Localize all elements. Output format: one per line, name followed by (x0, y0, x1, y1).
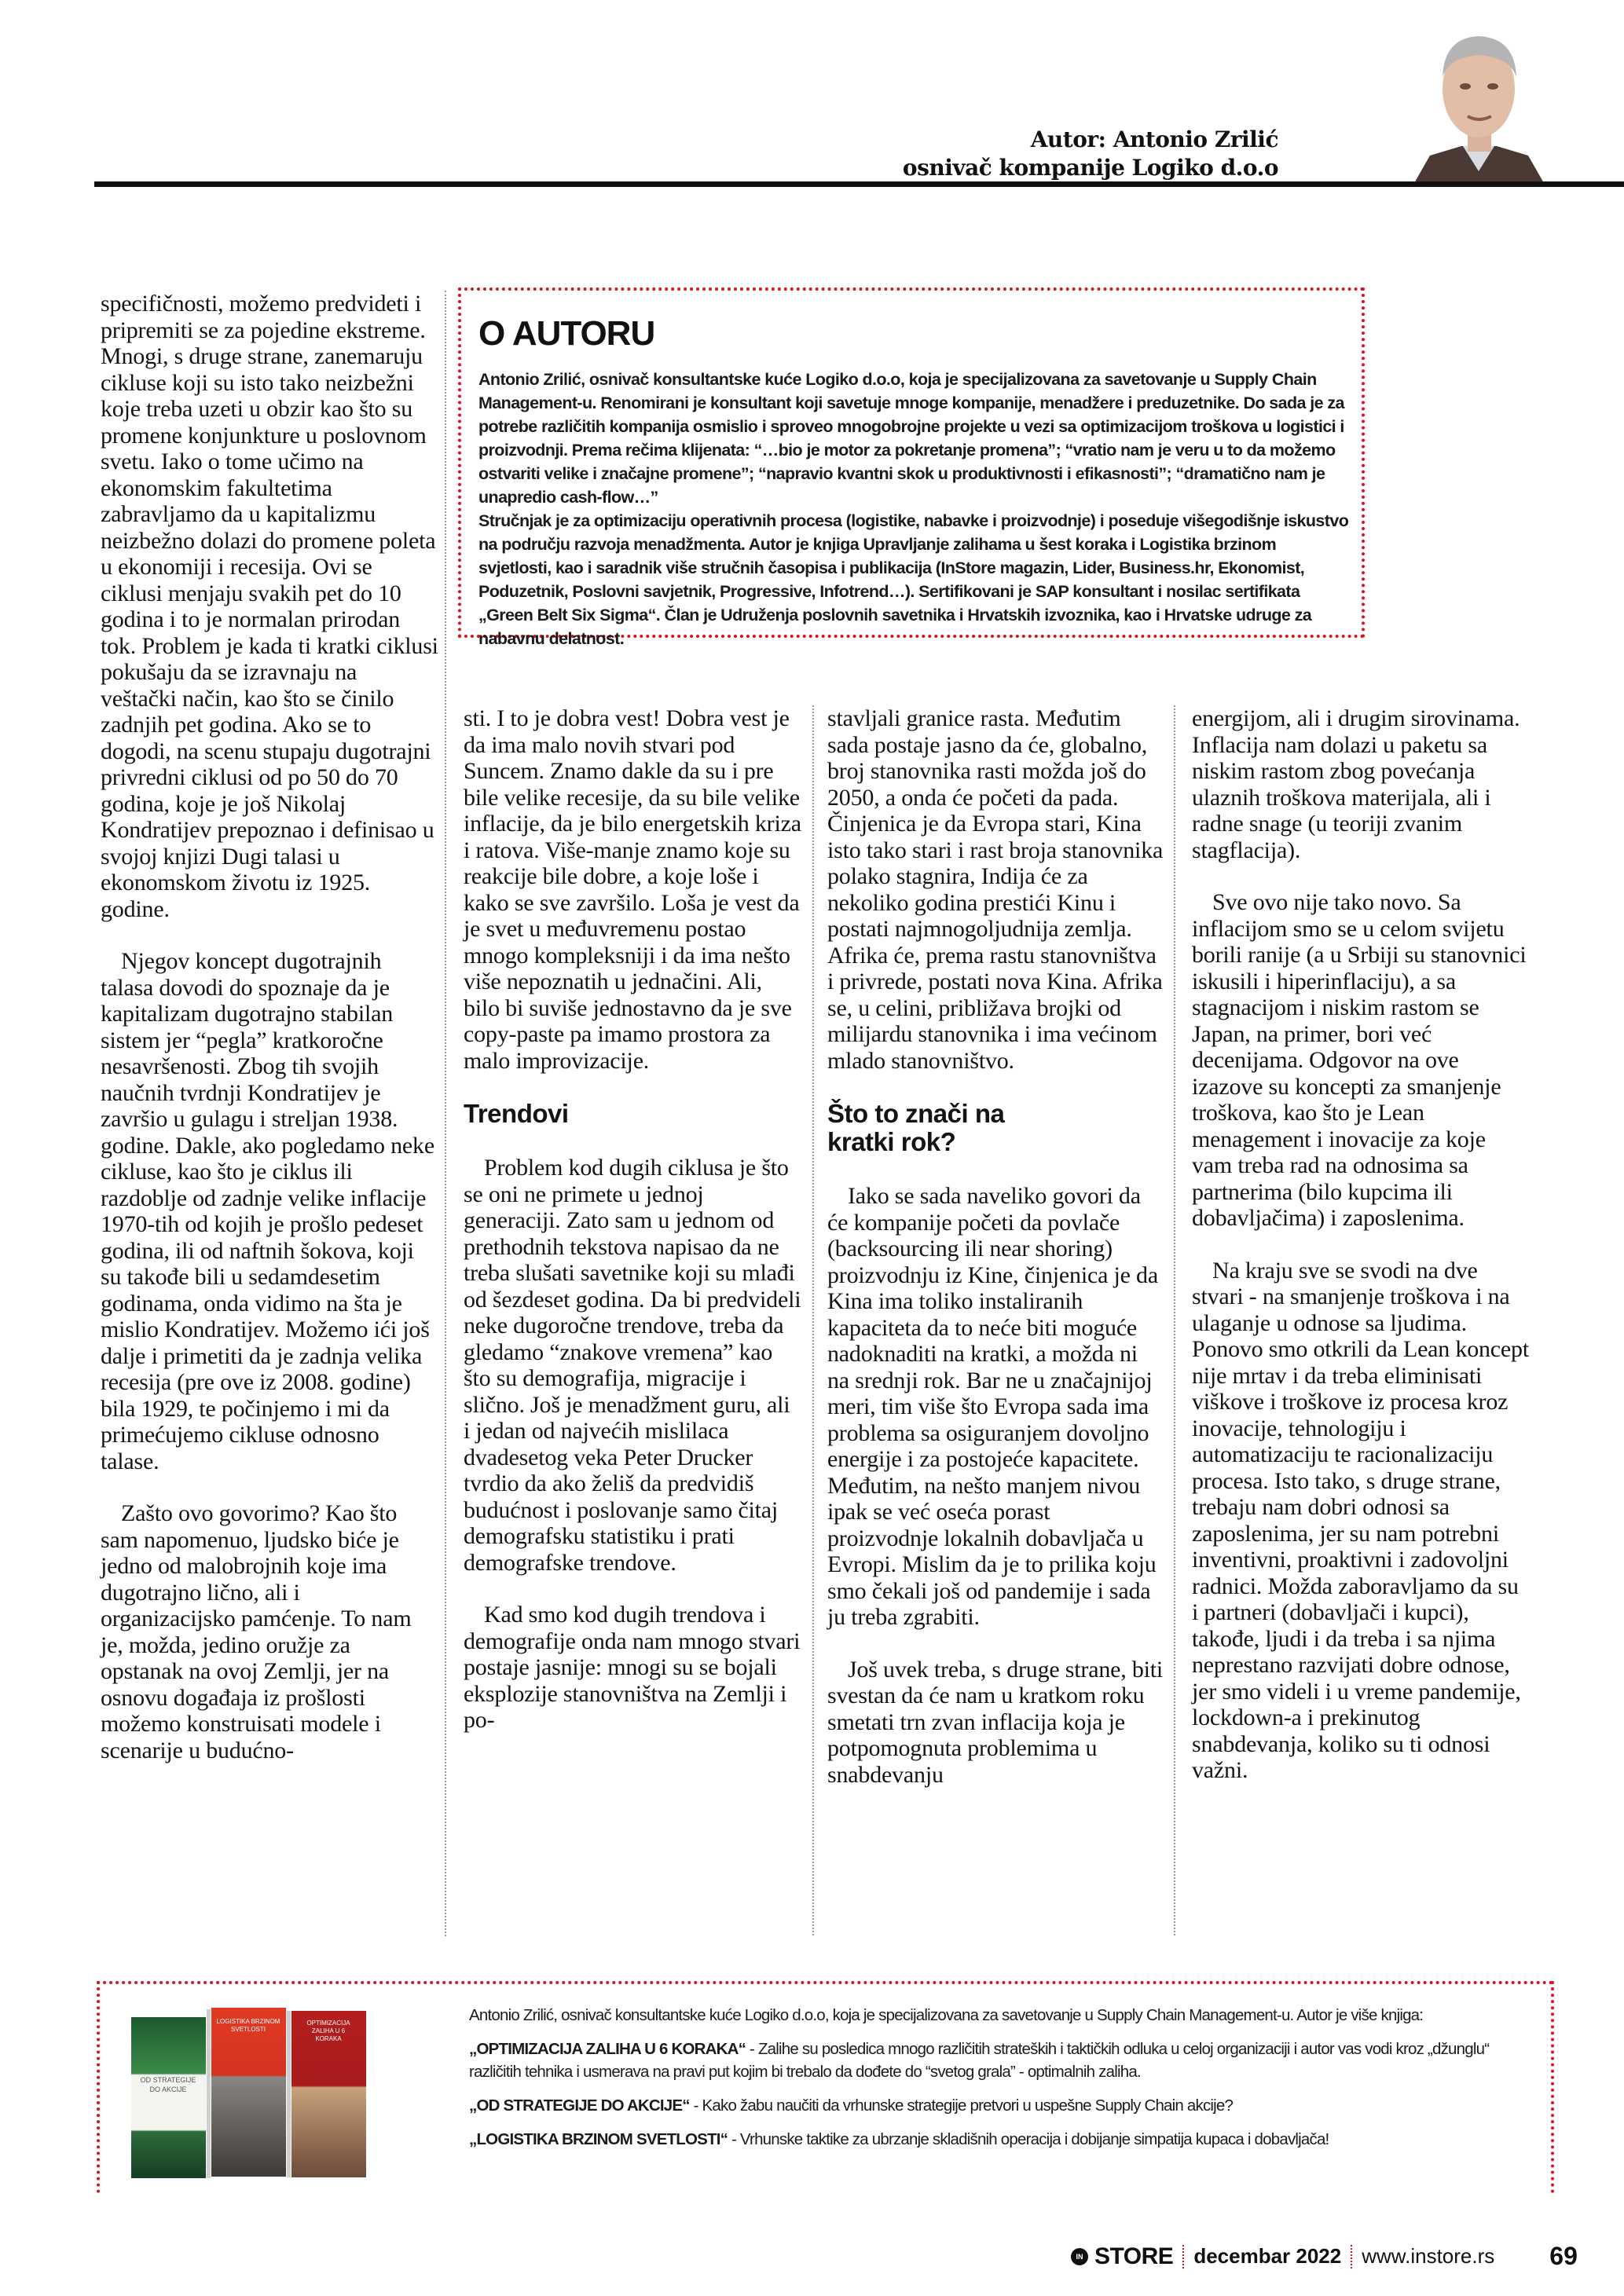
promo-book-3: „LOGISTIKA BRZINOM SVETLOSTI“ - Vrhunske… (469, 2128, 1538, 2151)
article-paragraph: Zašto ovo govorimo? Kao što sam napomenu… (101, 1500, 438, 1763)
books-promo-text: Antonio Zrilić, osnivač konsultantske ku… (469, 2004, 1538, 2162)
article-column-4: energijom, ali i drugim sirovinama. Infl… (1192, 705, 1530, 1810)
article-paragraph: sti. I to je dobra vest! Dobra vest je d… (464, 705, 801, 1074)
column-divider (812, 705, 814, 1935)
website-link[interactable]: www.instore.rs (1362, 2244, 1494, 2269)
about-paragraph: Stručnjak je za optimizaciju operativnih… (478, 509, 1351, 650)
promo-book-desc: - Kako žabu naučiti da vrhunske strategi… (690, 2096, 1233, 2115)
article-paragraph: specifičnosti, možemo predvideti i pripr… (101, 291, 438, 922)
article-paragraph: Na kraju sve se svodi na dve stvari - na… (1192, 1258, 1530, 1784)
about-text: Antonio Zrilić, osnivač konsultantske ku… (478, 368, 1351, 650)
footer-divider (1182, 2245, 1184, 2269)
books-promo-box: OD STRATEGIJE DO AKCIJE LOGISTIKA BRZINO… (97, 1981, 1554, 2193)
footer-divider (1351, 2245, 1352, 2269)
promo-book-title: „OPTIMIZACIJA ZALIHA U 6 KORAKA“ (469, 2040, 746, 2058)
svg-text:ZALIHA U 6: ZALIHA U 6 (312, 2027, 346, 2034)
article-paragraph: stavljali granice rasta. Međutim sada po… (827, 705, 1165, 1074)
svg-text:SVETLOSTI: SVETLOSTI (231, 2026, 266, 2033)
magazine-brand: STORE (1094, 2243, 1173, 2270)
about-paragraph: Antonio Zrilić, osnivač konsultantske ku… (478, 368, 1351, 509)
promo-book-desc: - Vrhunske taktike za ubrzanje skladišni… (728, 2130, 1329, 2148)
article-paragraph: Problem kod dugih ciklusa je što se oni … (464, 1155, 801, 1576)
article-paragraph: Kad smo kod dugih trendova i demografije… (464, 1602, 801, 1734)
promo-book-title: „LOGISTIKA BRZINOM SVETLOSTI“ (469, 2130, 728, 2148)
article-column-3: stavljali granice rasta. Međutim sada po… (827, 705, 1165, 1814)
page-number: 69 (1549, 2242, 1578, 2271)
article-paragraph: Još uvek treba, s druge strane, biti sve… (827, 1657, 1165, 1789)
author-role: osnivač kompanije Logiko d.o.o (903, 154, 1278, 182)
svg-text:KORAKA: KORAKA (315, 2035, 342, 2042)
about-author-box: O AUTORU Antonio Zrilić, osnivač konsult… (458, 287, 1365, 638)
svg-text:OPTIMIZACIJA: OPTIMIZACIJA (306, 2020, 350, 2027)
promo-book-1: „OPTIMIZACIJA ZALIHA U 6 KORAKA“ - Zalih… (469, 2038, 1538, 2083)
book-cover-label: OD STRATEGIJE (141, 2076, 196, 2084)
section-heading-kratki-rok: Što to znači na kratki rok? (827, 1100, 1063, 1156)
article-paragraph: Iako se sada naveliko govori da će kompa… (827, 1183, 1165, 1631)
instore-logo-icon: IN (1071, 2248, 1088, 2265)
svg-text:DO AKCIJE: DO AKCIJE (149, 2085, 186, 2093)
svg-text:LOGISTIKA BRZINOM: LOGISTIKA BRZINOM (217, 2018, 280, 2025)
column-divider (1174, 705, 1175, 1935)
author-portrait (1406, 14, 1552, 183)
promo-book-2: „OD STRATEGIJE DO AKCIJE“ - Kako žabu na… (469, 2094, 1538, 2117)
book-covers-image: OD STRATEGIJE DO AKCIJE LOGISTIKA BRZINO… (115, 2000, 461, 2181)
page-footer: IN STORE decembar 2022 www.instore.rs 69 (1071, 2242, 1578, 2271)
about-title: O AUTORU (478, 314, 1351, 353)
promo-book-title: „OD STRATEGIJE DO AKCIJE“ (469, 2096, 690, 2115)
promo-intro: Antonio Zrilić, osnivač konsultantske ku… (469, 2004, 1538, 2027)
issue-date: decembar 2022 (1193, 2244, 1341, 2269)
article-paragraph: energijom, ali i drugim sirovinama. Infl… (1192, 705, 1530, 863)
header-rule (94, 181, 1624, 187)
article-paragraph: Sve ovo nije tako novo. Sa inflacijom sm… (1192, 889, 1530, 1232)
article-column-2: sti. I to je dobra vest! Dobra vest je d… (464, 705, 801, 1760)
author-byline: Autor: Antonio Zrilić osnivač kompanije … (903, 126, 1278, 182)
article-paragraph: Njegov koncept dugotrajnih talasa dovodi… (101, 948, 438, 1474)
section-heading-trendovi: Trendovi (464, 1100, 801, 1128)
column-divider (445, 291, 446, 1936)
author-name: Autor: Antonio Zrilić (903, 126, 1278, 154)
article-column-1: specifičnosti, možemo predvideti i pripr… (101, 291, 438, 1789)
